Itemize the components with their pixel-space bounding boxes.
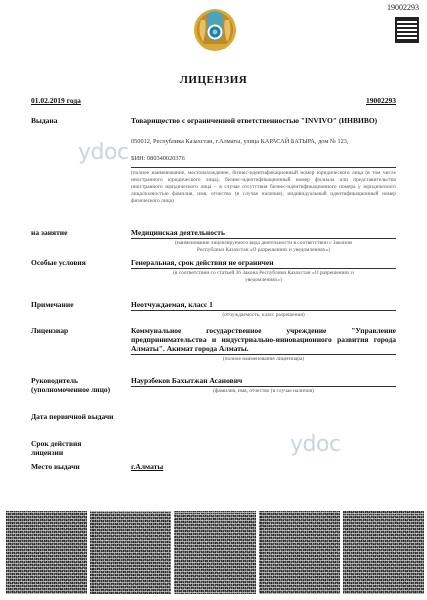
watermark: ydoc	[290, 432, 341, 457]
remark-note: (отчуждаемость, класс разрешения)	[131, 312, 396, 319]
license-number: 19002293	[366, 96, 396, 105]
qr-code-icon	[395, 17, 419, 43]
first-issue-date-label: Дата первичной выдачи	[31, 412, 114, 421]
head-label-line2: (уполномоченное лицо)	[31, 385, 110, 394]
special-conditions-underline	[131, 268, 396, 269]
remark-label: Примечание	[31, 300, 74, 309]
activity-value: Медицинская деятельность	[131, 228, 396, 237]
issued-to-bin: БИН: 080340020376	[131, 155, 396, 163]
remark-value: Неотчуждаемая, класс 1	[131, 300, 396, 309]
licensor-value: Коммунальное государственное учреждение …	[131, 326, 396, 353]
activity-note: (наименование лицензируемого вида деятел…	[131, 240, 396, 254]
security-code-icon	[90, 511, 171, 594]
validity-label-line2: лицензии	[31, 448, 63, 457]
head-underline	[131, 386, 396, 387]
licensor-note: (полное наименование лицензиара)	[131, 356, 396, 363]
activity-label: на занятие	[31, 228, 67, 237]
top-document-number: 19002293	[387, 3, 419, 12]
head-label-line1: Руководитель	[31, 376, 78, 385]
remark-underline	[131, 310, 396, 311]
document-title: ЛИЦЕНЗИЯ	[0, 74, 427, 86]
watermark: ydoc	[78, 140, 129, 165]
licensor-underline	[131, 354, 396, 355]
issued-to-value: Товарищество с ограниченной ответственно…	[131, 116, 396, 125]
licensor-label: Лицензиар	[31, 326, 68, 335]
issued-to-underline	[131, 167, 396, 168]
issued-to-address: 050012, Республика Казахстан, г.Алматы, …	[131, 138, 396, 146]
activity-underline	[131, 238, 396, 239]
issued-to-label: Выдана	[31, 116, 57, 125]
security-code-icon	[259, 511, 340, 594]
head-value: Наурзбеков Бахытжан Асанович	[131, 376, 396, 385]
special-conditions-value: Генеральная, срок действия не ограничен	[131, 258, 396, 267]
security-code-icon	[6, 511, 87, 594]
security-code-icon	[174, 511, 255, 594]
security-code-icon	[343, 511, 424, 594]
state-emblem-icon	[193, 6, 237, 54]
validity-label-line1: Срок действия	[31, 439, 81, 448]
security-codes	[6, 511, 424, 594]
place-value: г.Алматы	[131, 462, 396, 471]
special-conditions-note: (в соответствии со статьей 36 Закона Рес…	[131, 270, 396, 284]
issued-to-note: (полное наименование, местонахождение, б…	[131, 170, 396, 205]
head-note: (фамилия, имя, отчество (в случае наличи…	[131, 388, 396, 395]
issue-date: 01.02.2019 года	[31, 96, 81, 105]
special-conditions-label: Особые условия	[31, 258, 86, 267]
place-label: Место выдачи	[31, 462, 80, 471]
